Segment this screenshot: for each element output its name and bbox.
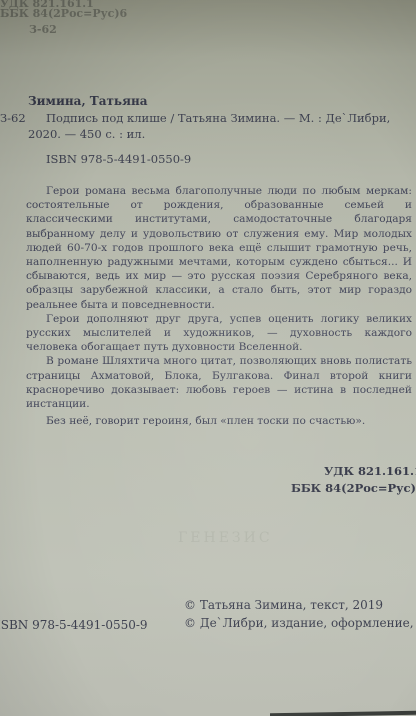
copyright-publisher: © Де`Либри, издание, оформление, 2020 [184, 616, 416, 630]
annotation-paragraph: Без неё, говорит героиня, был «плен тоск… [26, 414, 412, 428]
catalog-publication-line: 2020. — 450 с. : ил. [28, 127, 145, 141]
page-bottom-edge [270, 711, 416, 716]
copyright-author: © Татьяна Зимина, текст, 2019 [184, 598, 383, 612]
annotation-paragraph: Герои дополняют друг друга, успев оценит… [26, 312, 412, 355]
annotation: Герои романа весьма благополучные люди п… [26, 184, 412, 428]
book-copyright-page: УДК 821.161.1 ББК 84(2Рос=Рус)6 З-62 Зим… [0, 0, 416, 716]
header-bbk: ББК 84(2Рос=Рус)6 [0, 7, 127, 20]
classification-udk: УДК 821.161.1 [324, 464, 416, 478]
annotation-paragraph: Герои романа весьма благополучные люди п… [26, 184, 412, 312]
catalog-title-line: Подпись под клише / Татьяна Зимина. — М.… [46, 111, 390, 125]
classification-bbk: ББК 84(2Рос=Рус)6 [291, 481, 416, 495]
bleed-through-text: ГЕНЕЗИС [178, 530, 273, 546]
footer-isbn: ISBN 978-5-4491-0550-9 [0, 618, 148, 632]
annotation-paragraph: В романе Шляхтича много цитат, позволяющ… [26, 354, 412, 411]
catalog-isbn: ISBN 978-5-4491-0550-9 [46, 152, 191, 166]
catalog-author-code: З-62 [0, 111, 26, 125]
catalog-author: Зимина, Татьяна [28, 94, 148, 108]
header-author-code: З-62 [29, 23, 57, 36]
